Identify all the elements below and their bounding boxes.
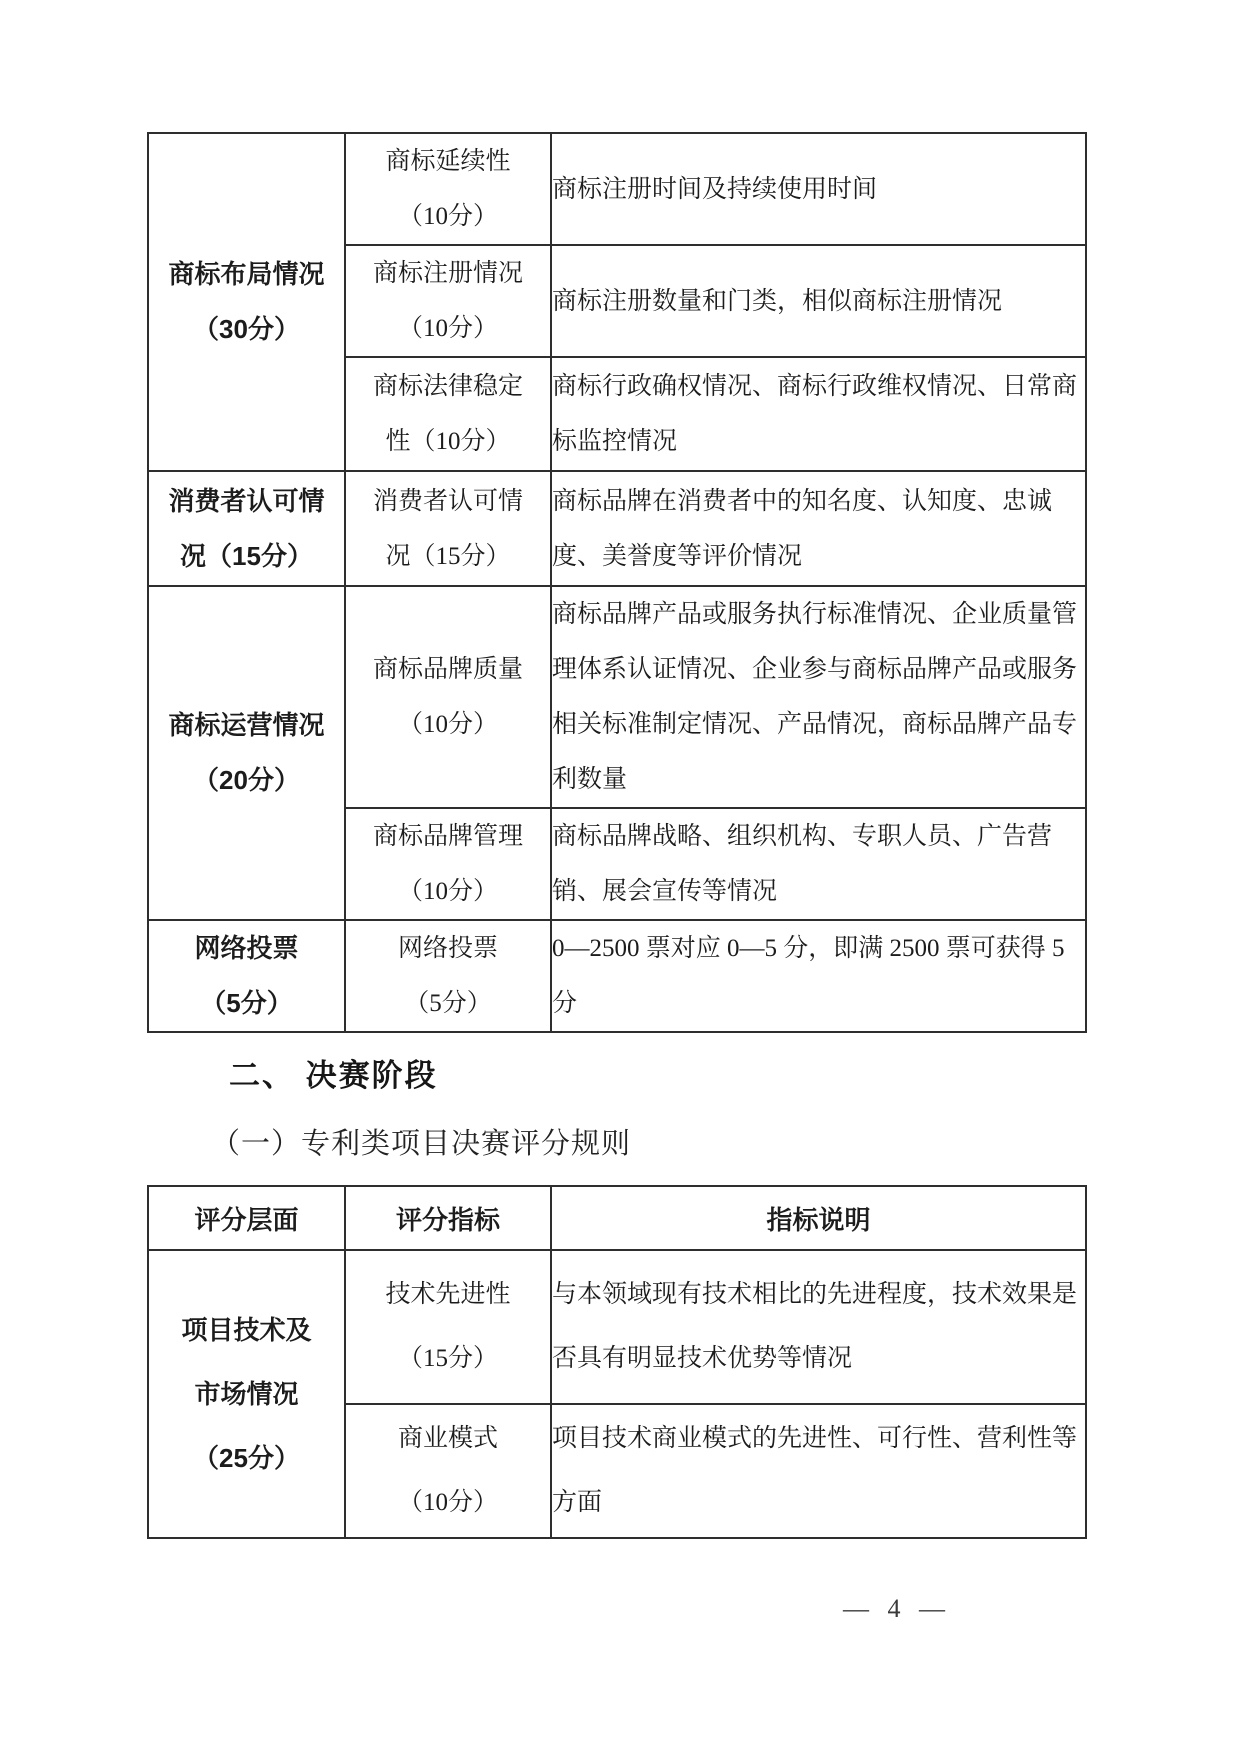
indicator-line: 商标品牌质量 xyxy=(346,642,550,697)
indicator-line: （10分） xyxy=(346,189,550,244)
description-cell: 商标品牌战略、组织机构、专职人员、广告营销、展会宣传等情况 xyxy=(551,808,1086,920)
indicator-line: 网络投票 xyxy=(346,921,550,976)
level-line: 网络投票 xyxy=(149,921,344,976)
indicator-cell-trademark-legal-stability: 商标法律稳定 性（10分） xyxy=(345,357,551,471)
indicator-line: （10分） xyxy=(346,697,550,752)
description-text: 与本领域现有技术相比的先进程度，技术效果是否具有明显技术优势等情况 xyxy=(552,1281,1077,1372)
indicator-cell-business-model: 商业模式 （10分） xyxy=(345,1404,551,1538)
indicator-line: 商标法律稳定 xyxy=(346,359,550,414)
description-cell: 0—2500 票对应 0—5 分，即满 2500 票可获得 5 分 xyxy=(551,920,1086,1032)
indicator-line: 商业模式 xyxy=(346,1407,550,1471)
subsection-heading: （一）专利类项目决赛评分规则 xyxy=(211,1121,631,1162)
indicator-cell-brand-management: 商标品牌管理 （10分） xyxy=(345,808,551,920)
level-cell-project-tech-market: 项目技术及 市场情况 （25分） xyxy=(148,1250,345,1538)
level-cell-online-voting: 网络投票 （5分） xyxy=(148,920,345,1032)
description-text: 商标注册数量和门类，相似商标注册情况 xyxy=(552,288,1002,315)
final-score-table: 评分层面 评分指标 指标说明 项目技术及 市场情况 （25分） 技术先进性 （1… xyxy=(147,1185,1087,1539)
level-line: 商标运营情况 xyxy=(149,698,344,753)
description-text: 项目技术商业模式的先进性、可行性、营利性等方面 xyxy=(552,1425,1077,1516)
level-cell-trademark-operation: 商标运营情况 （20分） xyxy=(148,586,345,920)
description-cell: 项目技术商业模式的先进性、可行性、营利性等方面 xyxy=(551,1404,1086,1538)
indicator-line: （5分） xyxy=(346,976,550,1031)
indicator-line: 商标品牌管理 xyxy=(346,809,550,864)
indicator-line: （10分） xyxy=(346,1471,550,1535)
description-text: 商标品牌产品或服务执行标准情况、企业质量管理体系认证情况、企业参与商标品牌产品或… xyxy=(552,601,1077,793)
indicator-cell-technical-advancement: 技术先进性 （15分） xyxy=(345,1250,551,1404)
section-heading: 二、 决赛阶段 xyxy=(229,1050,438,1095)
indicator-line: （10分） xyxy=(346,864,550,919)
column-header-description: 指标说明 xyxy=(551,1186,1086,1250)
level-line: （5分） xyxy=(149,976,344,1031)
description-cell: 商标品牌产品或服务执行标准情况、企业质量管理体系认证情况、企业参与商标品牌产品或… xyxy=(551,586,1086,808)
indicator-line: （15分） xyxy=(346,1327,550,1391)
description-cell: 商标注册时间及持续使用时间 xyxy=(551,133,1086,245)
level-line: 项目技术及 xyxy=(149,1298,344,1362)
indicator-cell-online-voting: 网络投票 （5分） xyxy=(345,920,551,1032)
level-cell-trademark-layout: 商标布局情况 （30分） xyxy=(148,133,345,471)
indicator-line: 性（10分） xyxy=(346,414,550,469)
level-line: （20分） xyxy=(149,753,344,808)
level-line: （25分） xyxy=(149,1426,344,1490)
indicator-cell-brand-quality: 商标品牌质量 （10分） xyxy=(345,586,551,808)
indicator-line: 消费者认可情 xyxy=(346,474,550,529)
indicator-cell-trademark-registration: 商标注册情况 （10分） xyxy=(345,245,551,357)
indicator-cell-consumer-recognition: 消费者认可情 况（15分） xyxy=(345,471,551,586)
level-line: 市场情况 xyxy=(149,1362,344,1426)
description-text: 0—2500 票对应 0—5 分，即满 2500 票可获得 5 分 xyxy=(552,935,1065,1017)
description-cell: 与本领域现有技术相比的先进程度，技术效果是否具有明显技术优势等情况 xyxy=(551,1250,1086,1404)
page-number: — 4 — xyxy=(843,1594,951,1624)
indicator-line: 商标延续性 xyxy=(346,134,550,189)
indicator-line: （10分） xyxy=(346,301,550,356)
level-cell-consumer-recognition: 消费者认可情 况（15分） xyxy=(148,471,345,586)
description-cell: 商标注册数量和门类，相似商标注册情况 xyxy=(551,245,1086,357)
document-page: 商标布局情况 （30分） 商标延续性 （10分） 商标注册时间及持续使用时间 商… xyxy=(0,0,1241,1755)
indicator-line: 商标注册情况 xyxy=(346,246,550,301)
description-cell: 商标行政确权情况、商标行政维权情况、日常商标监控情况 xyxy=(551,357,1086,471)
description-text: 商标品牌战略、组织机构、专职人员、广告营销、展会宣传等情况 xyxy=(552,823,1052,905)
indicator-line: 技术先进性 xyxy=(346,1263,550,1327)
level-line: 商标布局情况 xyxy=(149,247,344,302)
column-header-level: 评分层面 xyxy=(148,1186,345,1250)
indicator-line: 况（15分） xyxy=(346,529,550,584)
level-line: 况（15分） xyxy=(149,529,344,584)
description-text: 商标品牌在消费者中的知名度、认知度、忠诚度、美誉度等评价情况 xyxy=(552,488,1052,570)
column-header-indicator: 评分指标 xyxy=(345,1186,551,1250)
description-text: 商标行政确权情况、商标行政维权情况、日常商标监控情况 xyxy=(552,373,1077,455)
indicator-cell-trademark-continuity: 商标延续性 （10分） xyxy=(345,133,551,245)
preliminary-score-table: 商标布局情况 （30分） 商标延续性 （10分） 商标注册时间及持续使用时间 商… xyxy=(147,132,1087,1033)
description-text: 商标注册时间及持续使用时间 xyxy=(552,176,877,203)
level-line: 消费者认可情 xyxy=(149,474,344,529)
level-line: （30分） xyxy=(149,302,344,357)
description-cell: 商标品牌在消费者中的知名度、认知度、忠诚度、美誉度等评价情况 xyxy=(551,471,1086,586)
